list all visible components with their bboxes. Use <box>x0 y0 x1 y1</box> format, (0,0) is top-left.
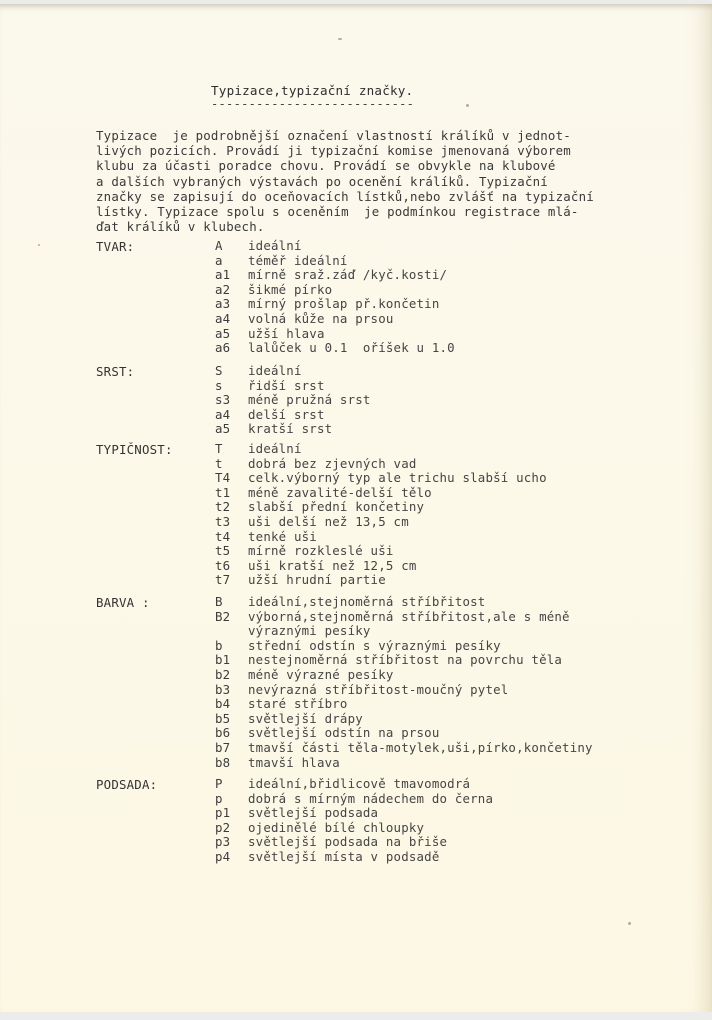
type-code: p2 <box>215 821 248 836</box>
type-code: b6 <box>215 726 248 741</box>
code-row: p3světlejší podsada na břiše <box>215 835 493 850</box>
type-code: b2 <box>215 668 248 683</box>
type-code: a <box>215 254 248 269</box>
code-row: b7tmavší části těla-motylek,uši,pírko,ko… <box>215 741 668 756</box>
type-code: t5 <box>215 544 248 559</box>
type-code: t6 <box>215 559 248 574</box>
type-code: S <box>215 364 248 379</box>
section-label: PODSADA: <box>96 777 157 792</box>
code-row: b2méně výrazné pesíky <box>215 668 668 683</box>
type-description: nestejnoměrná stříbřitost na povrchu těl… <box>248 653 562 668</box>
code-row: t6uši kratší než 12,5 cm <box>215 559 547 574</box>
code-list: Sideálnísřidší srsts3méně pružná srsta4d… <box>215 364 371 437</box>
code-row: t7užší hrudní partie <box>215 573 547 588</box>
type-code: P <box>215 777 248 792</box>
code-row: b4staré stříbro <box>215 697 668 712</box>
type-code: s3 <box>215 393 248 408</box>
type-code: a5 <box>215 422 248 437</box>
code-row: pdobrá s mírným nádechem do černa <box>215 792 493 807</box>
code-row: t3uši delší než 13,5 cm <box>215 515 547 530</box>
type-description: méně pružná srst <box>248 393 371 408</box>
code-row: a5užší hlava <box>215 327 455 342</box>
code-row: t4tenké uši <box>215 530 547 545</box>
code-row: t1méně zavalité-delší tělo <box>215 486 547 501</box>
intro-paragraph: Typizace je podrobnější označení vlastno… <box>96 128 696 234</box>
code-row: a6lalůček u 0.1 oříšek u 1.0 <box>215 341 455 356</box>
type-description: řidší srst <box>248 379 325 394</box>
type-description: téměř ideální <box>248 254 348 269</box>
type-code: a5 <box>215 327 248 342</box>
intro-line: livých pozicích. Provádí ji typizační ko… <box>96 143 696 158</box>
type-code: t4 <box>215 530 248 545</box>
type-description: kratší srst <box>248 422 332 437</box>
code-row: b6světlejší odstín na prsou <box>215 726 668 741</box>
type-description: mírně sraž.záď /kyč.kosti/ <box>248 268 447 283</box>
type-code: T <box>215 442 248 457</box>
code-row: b8tmavší hlava <box>215 756 668 771</box>
type-description: mírně rozkleslé uši <box>248 544 394 559</box>
type-description: šikmé pírko <box>248 283 332 298</box>
type-description: slabší přední končetiny <box>248 500 424 515</box>
type-code: a4 <box>215 408 248 423</box>
code-row: p1světlejší podsada <box>215 806 493 821</box>
type-code: b5 <box>215 712 248 727</box>
type-code: t3 <box>215 515 248 530</box>
code-list: Pideální,břidlicově tmavomodrápdobrá s m… <box>215 777 493 865</box>
code-row: a1mírně sraž.záď /kyč.kosti/ <box>215 268 455 283</box>
type-description: tenké uši <box>248 530 317 545</box>
type-code: b4 <box>215 697 248 712</box>
type-description: méně zavalité-delší tělo <box>248 486 432 501</box>
type-code: a2 <box>215 283 248 298</box>
code-row: T4celk.výborný typ ale trichu slabší uch… <box>215 471 547 486</box>
type-description: mírný prošlap př.končetin <box>248 297 440 312</box>
code-row: sřidší srst <box>215 379 371 394</box>
code-row: b5světlejší drápy <box>215 712 668 727</box>
type-description: volná kůže na prsou <box>248 312 394 327</box>
type-description: ideální,břidlicově tmavomodrá <box>248 777 470 792</box>
code-row: b1nestejnoměrná stříbřitost na povrchu t… <box>215 653 668 668</box>
type-description: ideální <box>248 239 302 254</box>
code-row: B2výborná,stejnoměrná stříbřitost,ale s … <box>215 610 668 639</box>
type-description: uši kratší než 12,5 cm <box>248 559 417 574</box>
code-row: Pideální,břidlicově tmavomodrá <box>215 777 493 792</box>
type-code: p4 <box>215 850 248 865</box>
type-code: b1 <box>215 653 248 668</box>
type-description: světlejší odstín na prsou <box>248 726 440 741</box>
code-row: Sideální <box>215 364 371 379</box>
code-row: p4světlejší místa v podsadě <box>215 850 493 865</box>
type-code: T4 <box>215 471 248 486</box>
type-description: světlejší podsada na břiše <box>248 835 447 850</box>
type-code: a4 <box>215 312 248 327</box>
type-code: B <box>215 595 248 610</box>
code-list: Bideální,stejnoměrná stříbřitostB2výborn… <box>215 595 668 770</box>
type-description: ideální,stejnoměrná stříbřitost <box>248 595 485 610</box>
type-code: a3 <box>215 297 248 312</box>
type-code: p3 <box>215 835 248 850</box>
type-code: t2 <box>215 500 248 515</box>
type-description: střední odstín s výraznými pesíky <box>248 639 501 654</box>
code-row: b3nevýrazná stříbřitost-moučný pytel <box>215 683 668 698</box>
type-description: nevýrazná stříbřitost-moučný pytel <box>248 683 508 698</box>
type-code: t1 <box>215 486 248 501</box>
type-description: lalůček u 0.1 oříšek u 1.0 <box>248 341 455 356</box>
code-row: Bideální,stejnoměrná stříbřitost <box>215 595 668 610</box>
type-description: dobrá bez zjevných vad <box>248 457 417 472</box>
section-label: TVAR: <box>96 239 134 254</box>
type-code: a1 <box>215 268 248 283</box>
document-title: Typizace,typizační značky. <box>211 83 413 98</box>
type-description: světlejší podsada <box>248 806 378 821</box>
type-code: p <box>215 792 248 807</box>
type-description: celk.výborný typ ale trichu slabší ucho <box>248 471 547 486</box>
typewritten-document: Typizace,typizační značky. -------------… <box>0 4 712 1012</box>
intro-line: ďat králíků v klubech. <box>96 219 696 234</box>
type-code: b3 <box>215 683 248 698</box>
type-description: dobrá s mírným nádechem do černa <box>248 792 493 807</box>
type-description: ojedinělé bílé chloupky <box>248 821 424 836</box>
code-list: Aideálníatéměř ideálnía1mírně sraž.záď /… <box>215 239 455 356</box>
type-description: světlejší drápy <box>248 712 363 727</box>
code-row: tdobrá bez zjevných vad <box>215 457 547 472</box>
type-code: b <box>215 639 248 654</box>
type-code: p1 <box>215 806 248 821</box>
type-code: t <box>215 457 248 472</box>
intro-line: lístky. Typizace spolu s oceněním je pod… <box>96 204 696 219</box>
paper-sheet: Typizace,typizační značky. -------------… <box>0 4 712 1012</box>
code-row: bstřední odstín s výraznými pesíky <box>215 639 668 654</box>
code-row: a5kratší srst <box>215 422 371 437</box>
type-code: A <box>215 239 248 254</box>
intro-line: Typizace je podrobnější označení vlastno… <box>96 128 696 143</box>
code-row: p2ojedinělé bílé chloupky <box>215 821 493 836</box>
code-row: atéměř ideální <box>215 254 455 269</box>
code-row: s3méně pružná srst <box>215 393 371 408</box>
type-code: B2 <box>215 610 248 639</box>
section-label: BARVA : <box>96 595 150 610</box>
title-underline: --------------------------- <box>211 97 414 111</box>
type-description: výborná,stejnoměrná stříbřitost,ale s mé… <box>248 610 668 639</box>
type-code: b8 <box>215 756 248 771</box>
type-description: staré stříbro <box>248 697 348 712</box>
type-description: uši delší než 13,5 cm <box>248 515 409 530</box>
type-description: užší hrudní partie <box>248 573 386 588</box>
section-label: TYPIČNOST: <box>96 442 173 457</box>
type-description: ideální <box>248 442 302 457</box>
type-description: světlejší místa v podsadě <box>248 850 440 865</box>
type-description: tmavší části těla-motylek,uši,pírko,konč… <box>248 741 593 756</box>
code-row: a4volná kůže na prsou <box>215 312 455 327</box>
code-list: Tideálnítdobrá bez zjevných vadT4celk.vý… <box>215 442 547 588</box>
code-row: t2slabší přední končetiny <box>215 500 547 515</box>
type-description: ideální <box>248 364 302 379</box>
intro-line: značky se zapisují do oceňovacích lístků… <box>96 189 696 204</box>
section-label: SRST: <box>96 364 134 379</box>
code-row: Tideální <box>215 442 547 457</box>
type-description: užší hlava <box>248 327 325 342</box>
type-code: b7 <box>215 741 248 756</box>
intro-line: klubu za účasti poradce chovu. Provádí s… <box>96 158 696 173</box>
type-code: t7 <box>215 573 248 588</box>
code-row: a2šikmé pírko <box>215 283 455 298</box>
intro-line: a dalších vybraných výstavách po ocenění… <box>96 174 696 189</box>
code-row: t5mírně rozkleslé uši <box>215 544 547 559</box>
code-row: a3mírný prošlap př.končetin <box>215 297 455 312</box>
type-code: a6 <box>215 341 248 356</box>
type-code: s <box>215 379 248 394</box>
type-description: delší srst <box>248 408 325 423</box>
type-description: méně výrazné pesíky <box>248 668 394 683</box>
code-row: a4delší srst <box>215 408 371 423</box>
code-row: Aideální <box>215 239 455 254</box>
type-description: tmavší hlava <box>248 756 340 771</box>
